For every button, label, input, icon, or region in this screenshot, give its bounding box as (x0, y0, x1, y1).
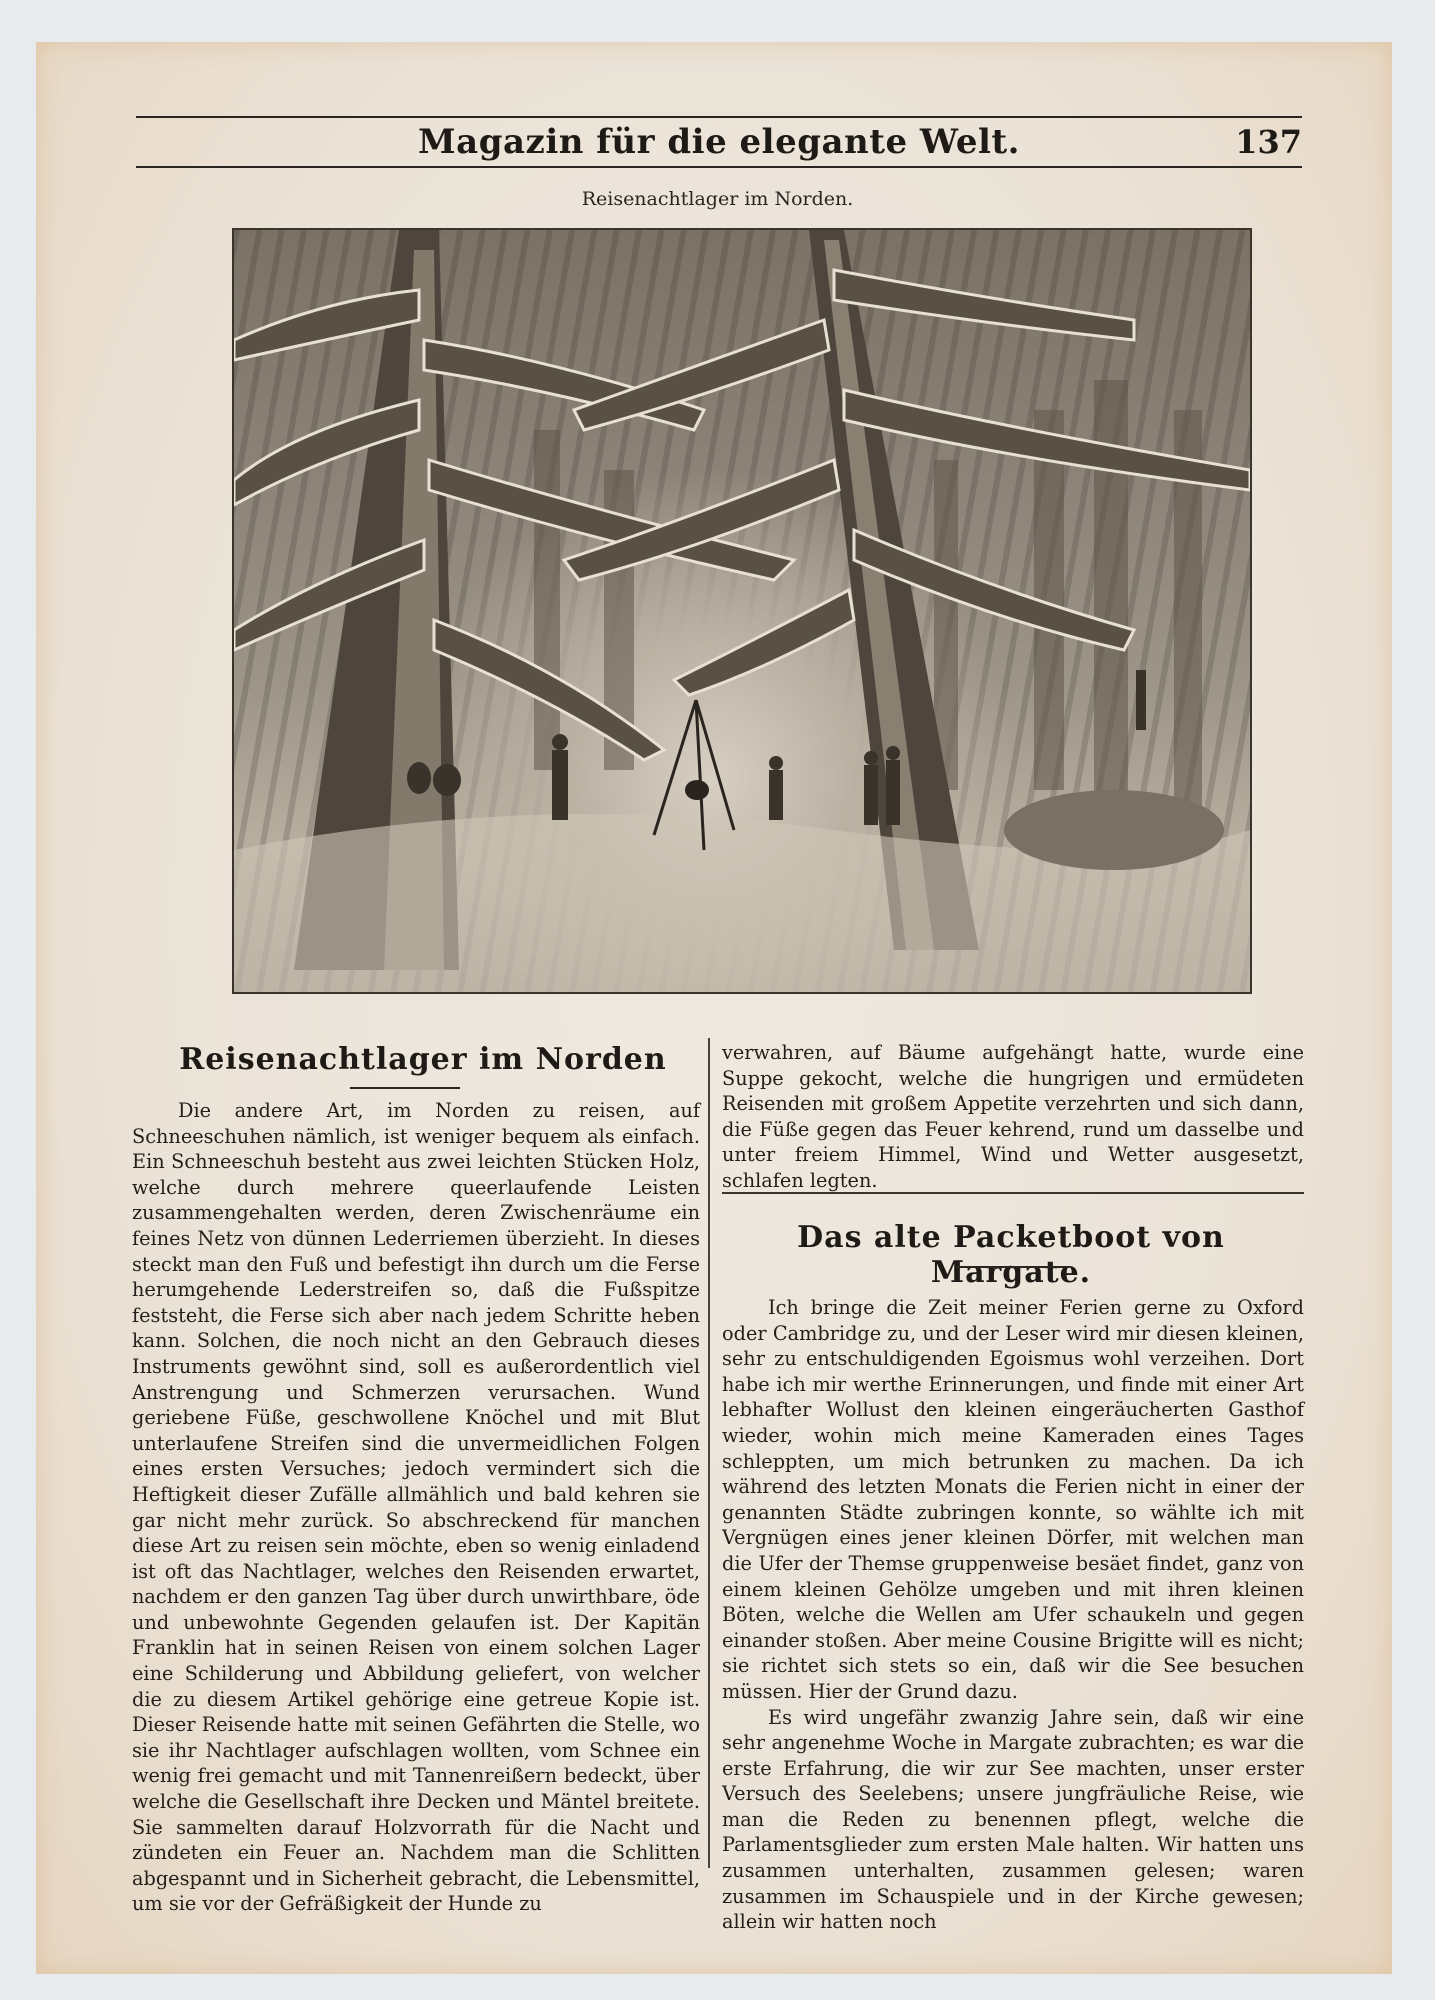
title-underline (350, 1087, 460, 1089)
illustration-caption: Reisenachtlager im Norden. (0, 188, 1435, 210)
forest-camp-illustration (232, 228, 1252, 994)
paragraph: Die andere Art, im Norden zu reisen, auf… (132, 1098, 700, 1917)
article-title-reisenachtlager: Reisenachtlager im Norden (140, 1042, 706, 1077)
paragraph: Es wird ungefähr zwanzig Jahre sein, daß… (722, 1705, 1304, 1935)
magazine-title: Magazin für die elegante Welt. (136, 118, 1302, 166)
column-divider (708, 1038, 710, 1868)
forest-scene-icon (234, 230, 1250, 992)
article-body-right: Ich bringe die Zeit meiner Ferien gerne … (722, 1295, 1304, 1935)
title-underline (956, 1266, 1068, 1268)
paragraph: verwahren, auf Bäume aufgehängt hatte, w… (722, 1040, 1304, 1194)
page-number: 137 (1235, 118, 1302, 166)
article-body-left: Die andere Art, im Norden zu reisen, auf… (132, 1098, 700, 1917)
article-title-packetboot: Das alte Packetboot von Margate. (716, 1220, 1306, 1290)
header-rule-bottom (136, 166, 1302, 168)
article-separator-rule (722, 1192, 1304, 1194)
paragraph: Ich bringe die Zeit meiner Ferien gerne … (722, 1295, 1304, 1705)
article-continuation: verwahren, auf Bäume aufgehängt hatte, w… (722, 1040, 1304, 1194)
